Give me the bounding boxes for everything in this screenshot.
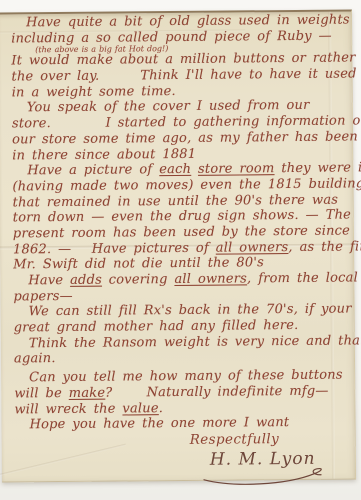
letter-line: 1862. — Have pictures of all owners, as …	[13, 239, 350, 258]
closing-respectfully: Respectfully	[190, 431, 280, 448]
letter-line: will be make? Naturally indefinite mfg—	[14, 383, 351, 402]
letter-line: Have adds covering all owners, from the …	[13, 270, 350, 289]
letter-line: again.	[14, 349, 351, 368]
letter-line: We can still fill Rx's back in the 70's,…	[14, 302, 351, 321]
letter-line: the over lay. Think I'll have to have it…	[11, 67, 348, 86]
fold-crease-bottom-left	[0, 444, 126, 481]
letter-paper: Have quite a bit of old glass used in we…	[0, 9, 356, 482]
signature-flourish-icon	[200, 467, 340, 488]
letter-line: Hope you have the one more I want	[14, 415, 351, 434]
letter-line: our store some time ago, as my father ha…	[12, 129, 349, 148]
scan-background: Have quite a bit of old glass used in we…	[0, 0, 361, 500]
letter-body: Have quite a bit of old glass used in we…	[11, 12, 352, 433]
